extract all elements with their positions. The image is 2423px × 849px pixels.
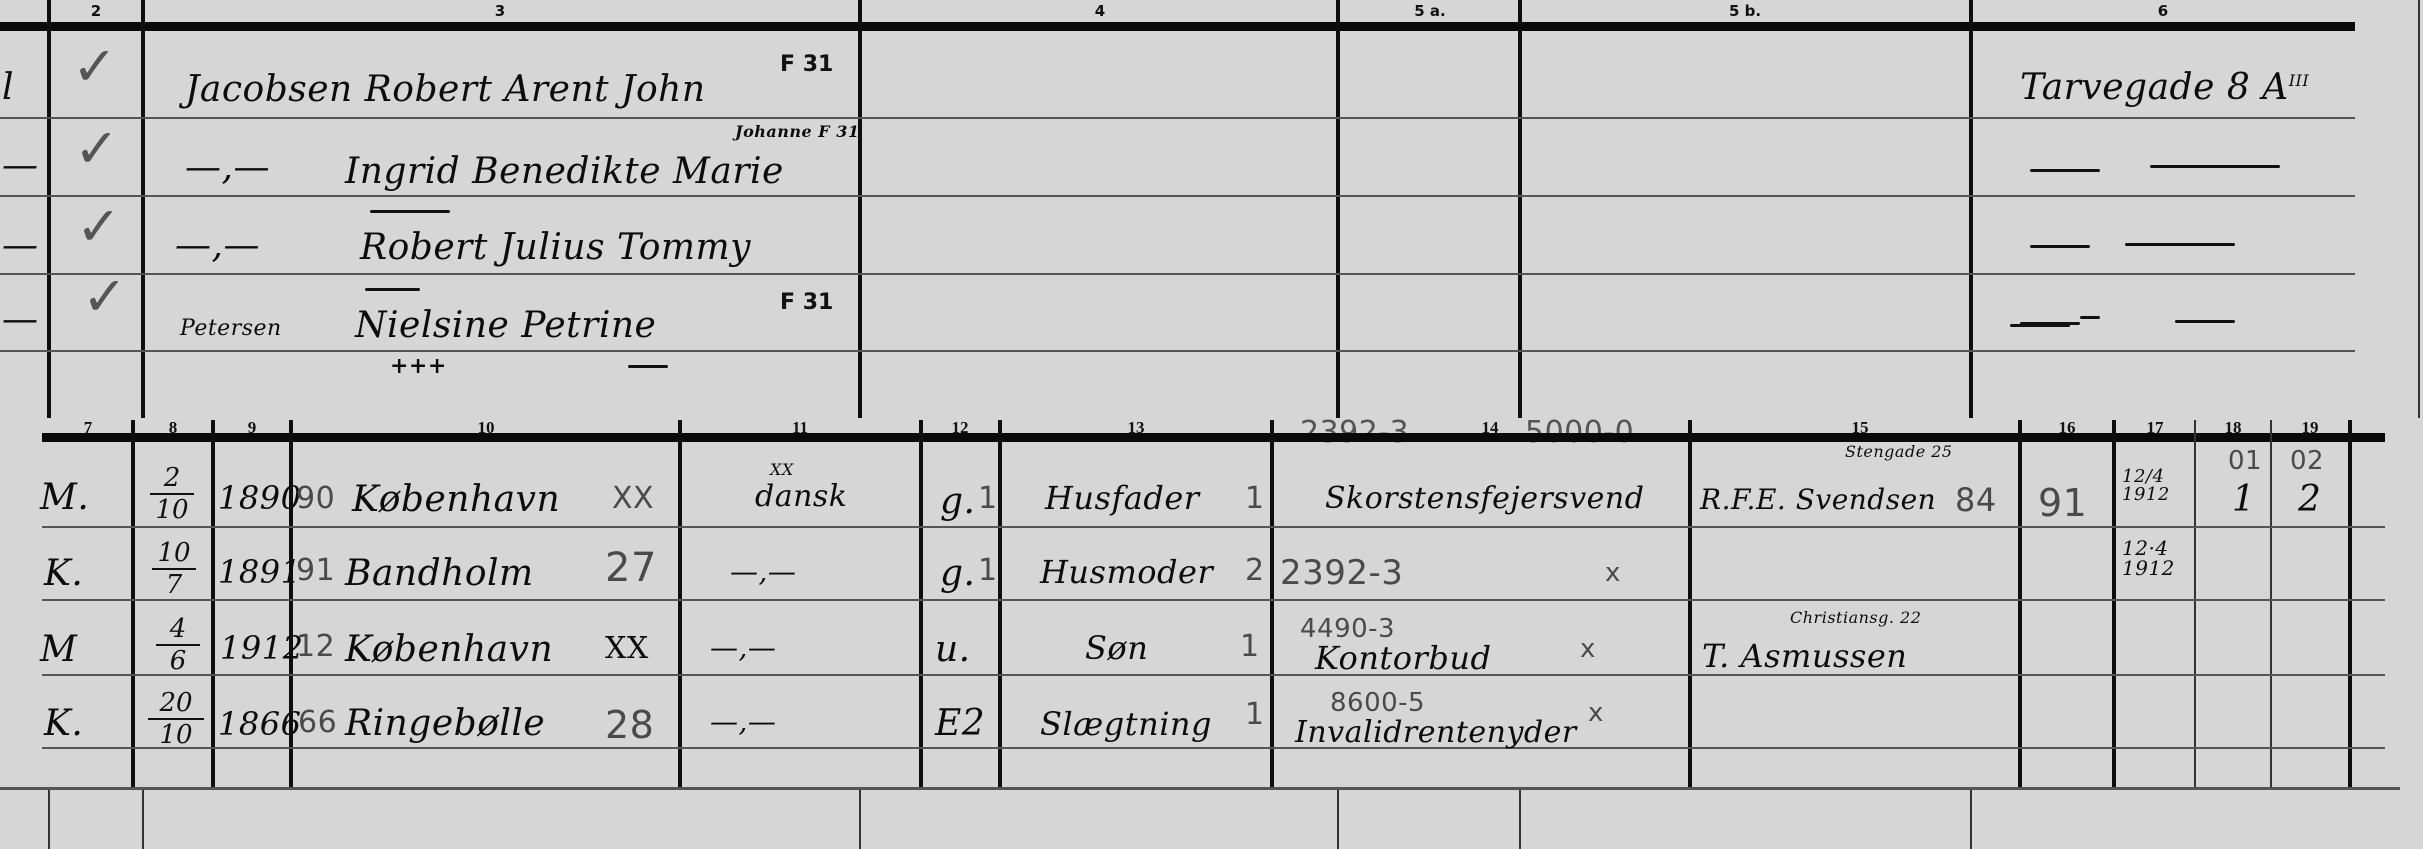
upper-col-divider-2 (141, 0, 145, 418)
strip-col-divider (1970, 790, 1972, 849)
col1-fragment: l (2, 70, 14, 106)
birth-month: 7 (166, 572, 183, 598)
marital-status: u. (935, 632, 971, 668)
birth-day: 2 (164, 465, 181, 491)
address: Tarvegade 8 AIII (2020, 70, 2309, 106)
position-mark: 2 (1245, 556, 1265, 586)
birthplace-mark: 28 (605, 706, 654, 744)
occupation-mark: x (1605, 560, 1621, 586)
upper-col-divider-1 (47, 0, 51, 418)
nationality: dansk (755, 482, 848, 512)
lower-col-divider (2270, 420, 2272, 788)
birthplace-mark: XX (612, 484, 654, 514)
col1-fragment: — (2, 302, 39, 338)
strip-col-divider (1337, 790, 1339, 849)
strip-col-divider (1519, 790, 1521, 849)
upper-row-rule (0, 117, 2355, 119)
sex: M. (40, 480, 89, 516)
birth-date: 210 (150, 465, 194, 523)
col19-value: 2 (2298, 482, 2321, 518)
birth-month: 10 (155, 497, 188, 523)
household-position: Søn (1085, 632, 1148, 664)
lower-col-divider (2018, 420, 2022, 788)
col-number-5b: 5 b. (1729, 2, 1761, 20)
marital-mark: 1 (978, 556, 998, 586)
birth-date: 2010 (148, 690, 204, 748)
person-name: Robert Julius Tommy (360, 230, 751, 266)
sex: M (40, 632, 77, 668)
birth-day: 10 (157, 540, 190, 566)
col-number-3: 3 (495, 2, 505, 20)
stamp-f31: F 31 (780, 290, 833, 315)
lower-col-divider (998, 420, 1002, 788)
upper-row-rule (0, 195, 2355, 197)
checkmark-icon: ✓ (76, 200, 121, 254)
strip-col-divider (142, 790, 144, 849)
birth-month: 10 (159, 722, 192, 748)
lower-row-rule (42, 674, 2385, 676)
occupation: Kontorbud (1315, 642, 1491, 674)
occupation-code: 8600-5 (1330, 690, 1425, 716)
occupation-code: 2392-3 (1280, 556, 1403, 590)
lower-col-divider (211, 420, 215, 788)
col17-date: 12/4 1912 (2122, 468, 2192, 504)
col-number-4: 4 (1095, 2, 1105, 20)
upper-col-divider-4 (1336, 0, 1340, 418)
birth-day: 4 (170, 616, 187, 642)
birth-year: 1890 (218, 482, 301, 514)
col-number-6: 6 (2158, 2, 2168, 20)
occupation: Skorstensfejersvend (1325, 484, 1644, 514)
address-floor: III (2289, 71, 2309, 90)
nationality-ditto: —,— (730, 558, 796, 586)
marital-mark: 1 (978, 484, 998, 514)
lower-col-divider (2194, 420, 2196, 788)
birthplace-code: 90 (296, 484, 335, 514)
upper-right-edge (2418, 0, 2420, 418)
employer: R.F.E. Svendsen (1700, 486, 1936, 514)
birth-year: 1912 (220, 632, 303, 664)
marital-status: g. (940, 556, 976, 592)
birthplace: København (345, 632, 553, 668)
birthplace-code: 91 (296, 556, 335, 586)
ditto-dash (2175, 320, 2235, 323)
birthplace-code: 66 (298, 708, 337, 738)
birthplace: Bandholm (345, 556, 534, 592)
employer: T. Asmussen (1702, 640, 1907, 672)
employer-address: Stengade 25 (1845, 444, 1953, 460)
lower-table-bottom-rule (0, 787, 2400, 790)
underline-mark (365, 288, 420, 291)
col1-fragment: — (2, 148, 39, 184)
sex: K. (44, 706, 83, 742)
occupation-mark: x (1580, 636, 1596, 662)
col18-pencil: 01 (2228, 448, 2262, 474)
lower-col-divider (1270, 420, 1274, 788)
occupation-mark: x (1588, 700, 1604, 726)
household-position: Slægtning (1040, 708, 1212, 740)
strip-col-divider (48, 790, 50, 849)
checkmark-icon: ✓ (82, 270, 127, 324)
birthplace-mark: 27 (605, 548, 657, 588)
checkmark-icon: ✓ (74, 122, 119, 176)
col-number-5a: 5 a. (1414, 2, 1445, 20)
birthplace: Ringebølle (345, 706, 545, 742)
surname: Petersen (180, 318, 282, 340)
household-position: Husmoder (1040, 556, 1213, 588)
birth-date: 46 (156, 616, 200, 674)
ditto-dash (2030, 245, 2090, 248)
marital-status: E2 (935, 706, 985, 742)
nationality-ditto: —,— (710, 708, 776, 736)
col-number-2: 2 (91, 2, 101, 20)
position-mark: 1 (1240, 632, 1260, 662)
lower-col-divider (2112, 420, 2116, 788)
occupation: Invalidrentenyder (1295, 718, 1577, 748)
underline-mark (628, 365, 668, 368)
name-annotation: Johanne F 31 (735, 124, 859, 140)
lower-col-divider (2348, 420, 2352, 788)
nationality-mark: XX (770, 462, 794, 478)
col17-date: 12·4 1912 (2122, 538, 2192, 578)
ditto-dash (2150, 165, 2280, 168)
position-mark: 1 (1245, 484, 1265, 514)
checkmark-icon: ✓ (72, 40, 117, 94)
lower-row-rule (42, 747, 2385, 749)
upper-header-rule (0, 22, 2355, 31)
lower-col-divider (131, 420, 135, 788)
strip-col-divider (859, 790, 861, 849)
lower-header-rule (42, 433, 2385, 442)
upper-col-divider-3 (858, 0, 862, 418)
birth-year: 1891 (218, 556, 301, 588)
address-text: Tarvegade 8 A (2020, 67, 2289, 108)
lower-row-rule (42, 599, 2385, 601)
ditto-dash (2030, 169, 2100, 172)
birthplace-code: 12 (296, 632, 335, 662)
upper-row-rule (0, 350, 2355, 352)
person-name: Jacobsen Robert Arent John (185, 72, 706, 108)
birth-day: 20 (159, 690, 192, 716)
ditto-mark: —,— (185, 150, 270, 186)
nationality-ditto: —,— (710, 634, 776, 662)
position-mark: 1 (1245, 700, 1265, 730)
birth-date: 107 (152, 540, 196, 598)
ditto-mark: —,— (175, 228, 260, 264)
household-position: Husfader (1045, 482, 1200, 514)
ditto-dash (2080, 316, 2100, 319)
lower-col-divider (919, 420, 923, 788)
ditto-dash (2125, 243, 2235, 246)
upper-col-divider-6 (1969, 0, 1973, 418)
underline-mark (370, 210, 450, 213)
cross-marks: +++ (390, 355, 447, 377)
sex: K. (44, 556, 83, 592)
lower-col-divider (678, 420, 682, 788)
ditto-dash (2010, 324, 2070, 327)
person-name: Ingrid Benedikte Marie (345, 154, 784, 190)
col1-fragment: — (2, 228, 39, 264)
stamp-f31: F 31 (780, 52, 833, 77)
employer-address: Christiansg. 22 (1790, 610, 1921, 626)
col18-value: 1 (2232, 482, 2255, 518)
col19-pencil: 02 (2290, 448, 2324, 474)
col16-value: 91 (2038, 484, 2087, 522)
birthplace-mark: XX (605, 634, 649, 664)
upper-col-divider-5 (1518, 0, 1522, 418)
birthplace: København (352, 482, 560, 518)
lower-col-divider (1688, 420, 1692, 788)
birth-month: 6 (170, 648, 187, 674)
employer-mark: 84 (1955, 484, 1997, 516)
lower-row-rule (42, 526, 2385, 528)
marital-status: g. (940, 484, 976, 520)
upper-row-rule (0, 273, 2355, 275)
birth-year: 1866 (218, 708, 301, 740)
person-name: Nielsine Petrine (355, 308, 656, 344)
